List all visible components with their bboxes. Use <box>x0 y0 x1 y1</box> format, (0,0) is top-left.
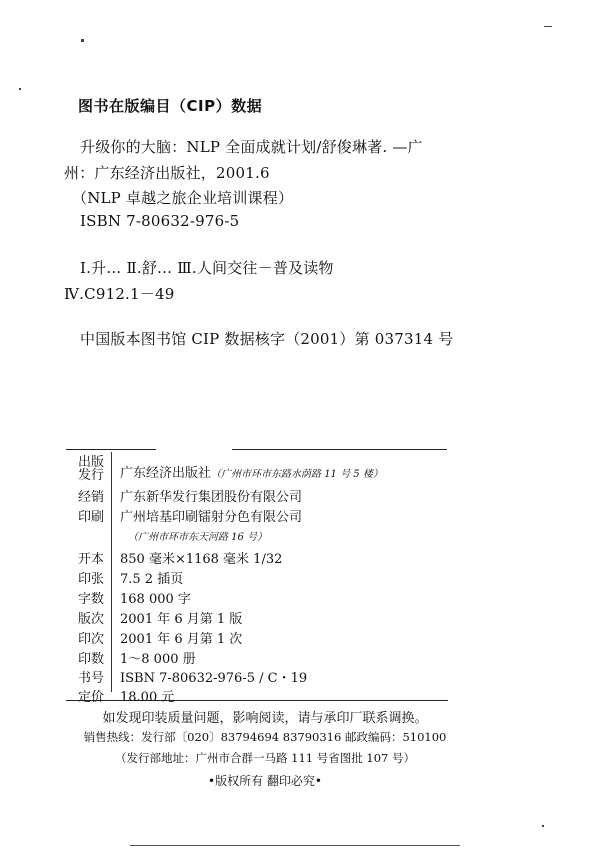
distribution-address: （发行部地址：广州市合群一马路 111 号省图批 107 号） <box>0 750 530 766</box>
cip-subjects-line2: Ⅳ.C912.1－49 <box>64 283 174 304</box>
cip-isbn: ISBN 7-80632-976-5 <box>80 212 239 230</box>
label-printing: 印次 <box>78 628 108 647</box>
book-number-value: ISBN 7-80632-976-5 / C・19 <box>120 667 307 686</box>
colophon-top-rule <box>66 449 156 450</box>
label-sheets: 印张 <box>78 568 108 587</box>
print-run-value: 1～8 000 册 <box>120 648 196 667</box>
scan-edge-line <box>130 845 460 846</box>
cip-record-number: 中国版本图书馆 CIP 数据核字（2001）第 037314 号 <box>80 328 453 349</box>
scan-speck <box>19 88 21 90</box>
label-format: 开本 <box>78 548 108 567</box>
printing-value: 2001 年 6 月第 1 次 <box>120 628 242 647</box>
colophon-divider <box>111 452 112 692</box>
label-book-number: 书号 <box>78 667 108 686</box>
cip-entry-line1: 升级你的大脑：NLP 全面成就计划/舒俊琳著. —广 <box>80 136 423 157</box>
quality-notice: 如发现印装质量问题，影响阅读，请与承印厂联系调换。 <box>0 707 530 726</box>
cip-title: 图书在版编目（CIP）数据 <box>78 95 262 116</box>
wordcount-value: 168 000 字 <box>120 588 191 607</box>
label-publisher-bottom: 发行 <box>78 469 108 482</box>
distributor-value: 广东新华发行集团股份有限公司 <box>120 486 302 505</box>
label-print-run: 印数 <box>78 648 108 667</box>
label-wordcount: 字数 <box>78 588 108 607</box>
colophon-bottom-rule <box>66 700 448 701</box>
format-value: 850 毫米×1168 毫米 1/32 <box>120 548 282 567</box>
label-edition: 版次 <box>78 608 108 627</box>
edition-value: 2001 年 6 月第 1 版 <box>120 608 242 627</box>
cip-series: （NLP 卓越之旅企业培训课程） <box>72 187 293 208</box>
colophon-top-rule-right <box>232 449 447 450</box>
sales-hotline: 销售热线：发行部〔020〕83794694 83790316 邮政编码：5101… <box>0 729 530 745</box>
printer-value: 广州培基印刷镭射分色有限公司 <box>120 506 302 525</box>
price-value: 18.00 元 <box>120 686 174 705</box>
copyright-notice: •版权所有 翻印必究• <box>0 772 530 789</box>
label-printer: 印刷 <box>78 506 108 525</box>
label-price: 定价 <box>78 686 108 705</box>
cip-entry-line2: 州：广东经济出版社，2001.6 <box>64 162 270 183</box>
sheets-value: 7.5 2 插页 <box>120 568 183 587</box>
publisher-address: （广州市环市东路水荫路 11 号 5 楼） <box>211 469 383 480</box>
cip-subjects-line1: Ⅰ.升… Ⅱ.舒… Ⅲ.人间交往－普及读物 <box>80 257 334 278</box>
scan-speck <box>542 825 544 827</box>
scan-speck <box>544 26 552 27</box>
printer-address: （广州市环市东天河路 16 号） <box>128 532 267 543</box>
publisher-name: 广东经济出版社 <box>120 466 211 481</box>
scan-speck <box>81 39 84 42</box>
label-distributor: 经销 <box>78 486 108 505</box>
